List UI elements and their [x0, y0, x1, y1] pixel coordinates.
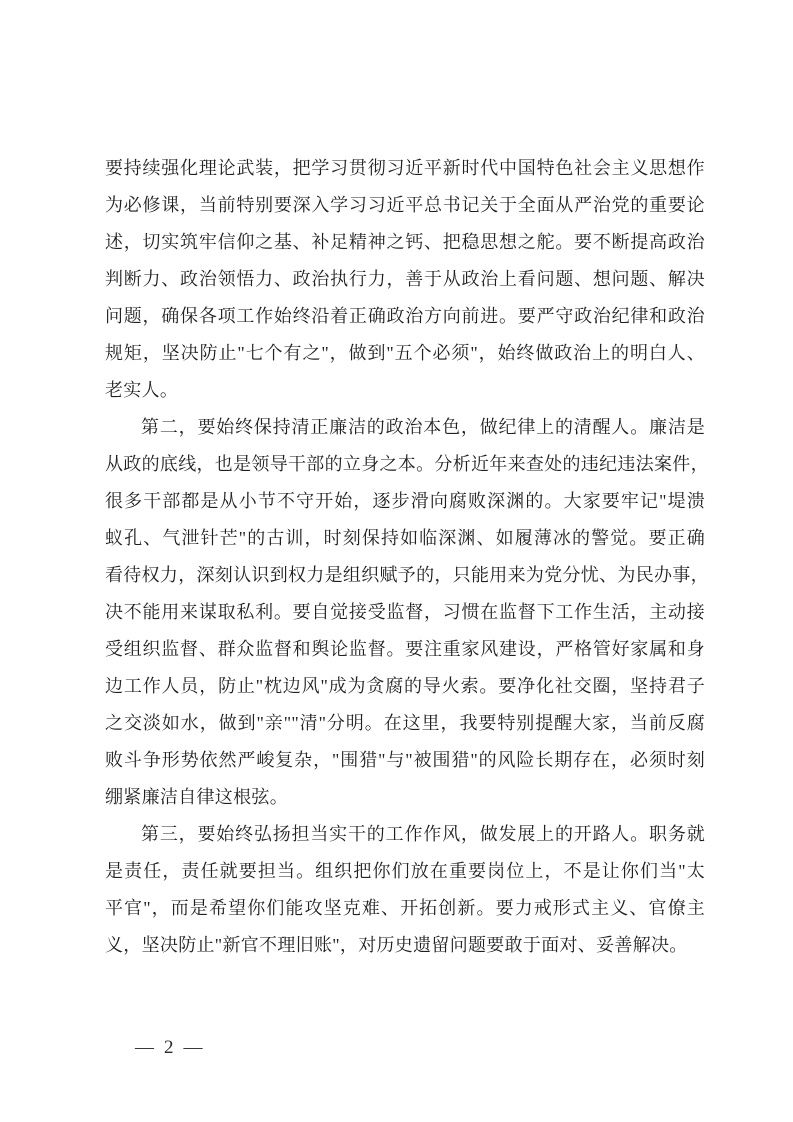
- text-line: 受组织监督、群众监督和舆论监督。要注重家风建设，严格管好家属和身: [105, 631, 705, 668]
- text-line: 老实人。: [105, 372, 705, 409]
- text-line: 边工作人员，防止"枕边风"成为贪腐的导火索。要净化社交圈，坚持君子: [105, 668, 705, 705]
- paragraph: 要持续强化理论武装，把学习贯彻习近平新时代中国特色社会主义思想作为必修课，当前特…: [105, 150, 705, 409]
- text-line: 平官"，而是希望你们能攻坚克难、开拓创新。要力戒形式主义、官僚主: [105, 890, 705, 927]
- text-line: 之交淡如水，做到"亲""清"分明。在这里，我要特别提醒大家，当前反腐: [105, 705, 705, 742]
- text-line: 判断力、政治领悟力、政治执行力，善于从政治上看问题、想问题、解决: [105, 261, 705, 298]
- text-line: 为必修课，当前特别要深入学习习近平总书记关于全面从严治党的重要论: [105, 187, 705, 224]
- text-line: 败斗争形势依然严峻复杂，"围猎"与"被围猎"的风险长期存在，必须时刻: [105, 742, 705, 779]
- text-line: 问题，确保各项工作始终沿着正确政治方向前进。要严守政治纪律和政治: [105, 298, 705, 335]
- text-line: 义，坚决防止"新官不理旧账"，对历史遗留问题要敢于面对、妥善解决。: [105, 927, 705, 964]
- text-line: 决不能用来谋取私利。要自觉接受监督，习惯在监督下工作生活，主动接: [105, 594, 705, 631]
- footer-left-dash: —: [135, 1033, 154, 1063]
- document-body: 要持续强化理论武装，把学习贯彻习近平新时代中国特色社会主义思想作为必修课，当前特…: [105, 150, 705, 964]
- text-line: 是责任，责任就要担当。组织把你们放在重要岗位上，不是让你们当"太: [105, 853, 705, 890]
- text-line: 看待权力，深刻认识到权力是组织赋予的，只能用来为党分忧、为民办事，: [105, 557, 705, 594]
- text-line: 绷紧廉洁自律这根弦。: [105, 779, 705, 816]
- footer-right-dash: —: [184, 1033, 203, 1063]
- text-line: 从政的底线，也是领导干部的立身之本。分析近年来查处的违纪违法案件，: [105, 446, 705, 483]
- text-line: 述，切实筑牢信仰之基、补足精神之钙、把稳思想之舵。要不断提高政治: [105, 224, 705, 261]
- text-line: 第三，要始终弘扬担当实干的工作作风，做发展上的开路人。职务就: [105, 816, 705, 853]
- paragraph: 第三，要始终弘扬担当实干的工作作风，做发展上的开路人。职务就是责任，责任就要担当…: [105, 816, 705, 964]
- text-line: 规矩，坚决防止"七个有之"，做到"五个必须"，始终做政治上的明白人、: [105, 335, 705, 372]
- page-footer: — 2 —: [135, 1033, 203, 1063]
- text-line: 很多干部都是从小节不守开始，逐步滑向腐败深渊的。大家要牢记"堤溃: [105, 483, 705, 520]
- page-number: 2: [164, 1033, 174, 1063]
- text-line: 要持续强化理论武装，把学习贯彻习近平新时代中国特色社会主义思想作: [105, 150, 705, 187]
- text-line: 蚁孔、气泄针芒"的古训，时刻保持如临深渊、如履薄冰的警觉。要正确: [105, 520, 705, 557]
- document-page: 要持续强化理论武装，把学习贯彻习近平新时代中国特色社会主义思想作为必修课，当前特…: [0, 0, 793, 1122]
- paragraph: 第二，要始终保持清正廉洁的政治本色，做纪律上的清醒人。廉洁是从政的底线，也是领导…: [105, 409, 705, 816]
- text-line: 第二，要始终保持清正廉洁的政治本色，做纪律上的清醒人。廉洁是: [105, 409, 705, 446]
